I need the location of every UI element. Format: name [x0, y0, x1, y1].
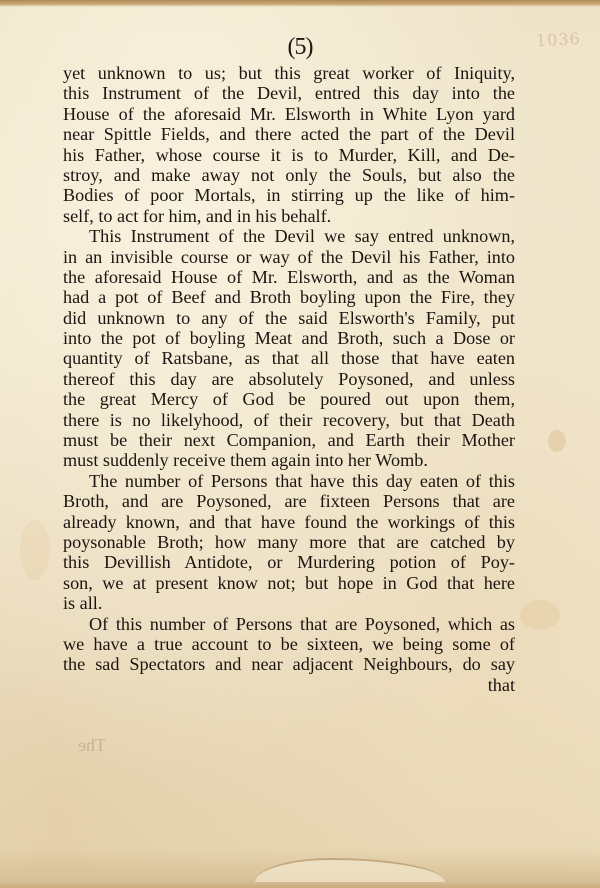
text-line: must be their next Companion, and Earth … — [63, 430, 515, 450]
text-line: his Father, whose course it is to Murder… — [63, 145, 515, 165]
text-line: must suddenly receive them again into he… — [63, 450, 515, 470]
page-top-edge — [0, 0, 600, 7]
text-line: this Devillish Antidote, or Murdering po… — [63, 552, 515, 572]
text-line: the sad Spectators and near adjacent Nei… — [63, 654, 515, 674]
text-line: already known, and that have found the w… — [63, 512, 515, 532]
text-line: Broth, and are Poysoned, are fixteen Per… — [63, 491, 515, 511]
text-line: thereof this day are absolutely Poysoned… — [63, 369, 515, 389]
paper-stain — [548, 430, 566, 452]
text-line: we have a true account to be sixteen, we… — [63, 634, 515, 654]
paper-stain — [520, 600, 560, 630]
text-line: quantity of Ratsbane, as that all those … — [63, 348, 515, 368]
text-line: The number of Persons that have this day… — [63, 471, 515, 491]
paragraph: The number of Persons that have this day… — [63, 471, 515, 614]
show-through-text: The — [78, 735, 106, 756]
text-line: yet unknown to us; but this great worker… — [63, 63, 515, 83]
text-line: there is no likelyhood, of their recover… — [63, 410, 515, 430]
text-line: stroy, and make away not only the Souls,… — [63, 165, 515, 185]
catchword: that — [63, 675, 515, 695]
page-number: (5) — [0, 34, 600, 61]
text-line: self, to act for him, and in his behalf. — [63, 206, 515, 226]
paragraph: yet unknown to us; but this great worker… — [63, 63, 515, 226]
text-line: son, we at present know not; but hope in… — [63, 573, 515, 593]
paragraph: Of this number of Persons that are Poyso… — [63, 614, 515, 675]
text-line: is all. — [63, 593, 515, 613]
text-line: Bodies of poor Mortals, in stirring up t… — [63, 185, 515, 205]
text-line: this Instrument of the Devil, entred thi… — [63, 83, 515, 103]
text-line: had a pot of Beef and Broth boyling upon… — [63, 287, 515, 307]
text-line: near Spittle Fields, and there acted the… — [63, 124, 515, 144]
text-line: Of this number of Persons that are Poyso… — [63, 614, 515, 634]
paper-stain — [20, 520, 50, 580]
text-line: House of the aforesaid Mr. Elsworth in W… — [63, 104, 515, 124]
text-line: in an invisible course or way of the Dev… — [63, 247, 515, 267]
text-line: poysonable Broth; how many more that are… — [63, 532, 515, 552]
scanned-page: 1036 (5) yet unknown to us; but this gre… — [0, 0, 600, 888]
text-line: into the pot of boyling Meat and Broth, … — [63, 328, 515, 348]
text-line: the aforesaid House of Mr. Elsworth, and… — [63, 267, 515, 287]
text-line: did unknown to any of the said Elsworth'… — [63, 308, 515, 328]
text-line: This Instrument of the Devil we say entr… — [63, 226, 515, 246]
body-text: yet unknown to us; but this great worker… — [63, 63, 515, 695]
text-line: the great Mercy of God be poured out upo… — [63, 389, 515, 409]
paragraph: This Instrument of the Devil we say entr… — [63, 226, 515, 471]
